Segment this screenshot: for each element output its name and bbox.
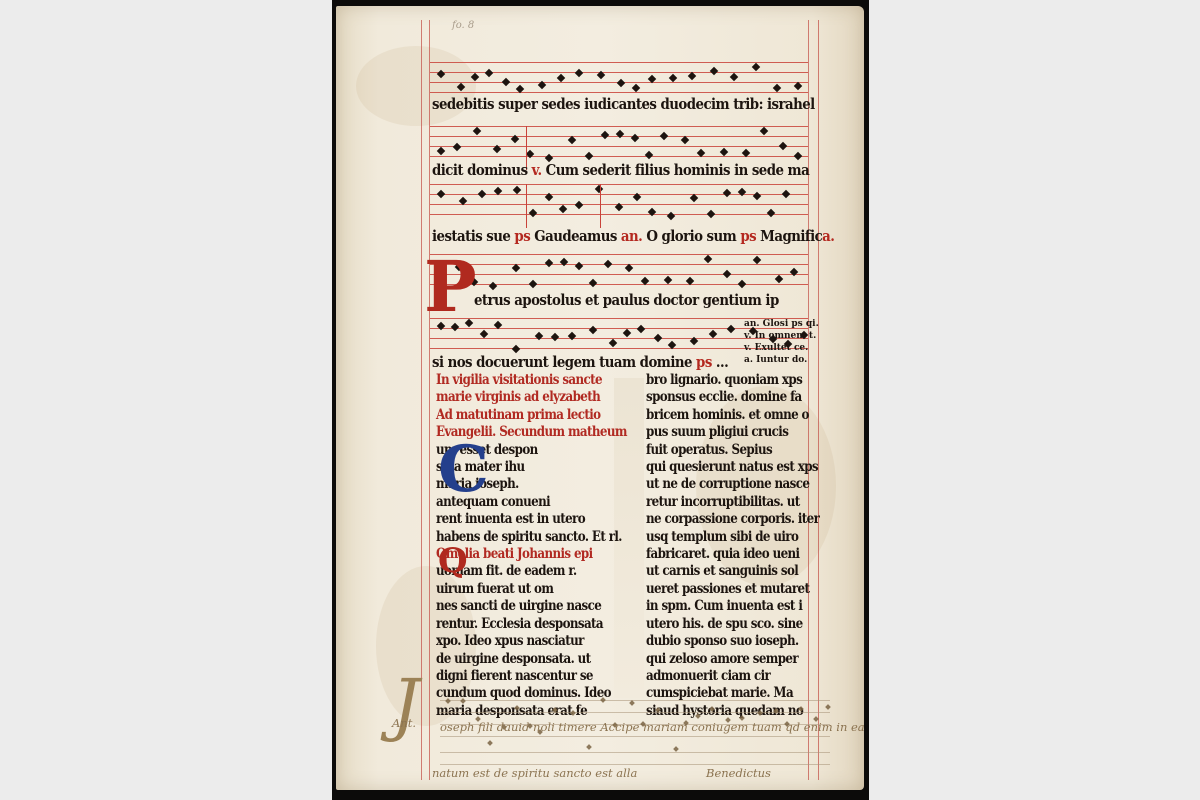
neume	[660, 132, 668, 140]
neume	[727, 325, 735, 333]
text-line: pus suum pligiui crucis	[646, 424, 797, 441]
neume	[723, 189, 731, 197]
side-rubric: an. Glosi ps qi.v. In omnem t.v. Exultet…	[744, 318, 819, 366]
text-line: rent inuenta est in utero	[436, 511, 591, 528]
neume	[575, 69, 583, 77]
neume	[478, 190, 486, 198]
text-line: bricem hominis. et omne o	[646, 407, 797, 424]
neume	[559, 205, 567, 213]
neume	[512, 345, 520, 353]
text-line: qui quesierunt natus est xps	[646, 459, 797, 476]
neume	[609, 339, 617, 347]
neume	[794, 82, 802, 90]
chant-lyric-line: sedebitis super sedes iudicantes duodeci…	[432, 96, 815, 113]
text-line: digni fierent nascentur se	[436, 668, 591, 685]
text-column-right: bro lignario. quoniam xpssponsus ecclie.…	[646, 372, 818, 720]
neume	[645, 151, 653, 159]
neume	[782, 190, 790, 198]
neume	[637, 325, 645, 333]
neume	[551, 333, 559, 341]
neume	[457, 83, 465, 91]
neume	[709, 330, 717, 338]
neume	[704, 255, 712, 263]
neume	[738, 280, 746, 288]
neume	[723, 270, 731, 278]
folio-number: fo. 8	[452, 20, 474, 31]
neume	[512, 264, 520, 272]
neume	[775, 275, 783, 283]
neume	[625, 264, 633, 272]
side-rubric-line: v. Exultet ce.	[744, 342, 819, 354]
neume	[617, 79, 625, 87]
neume	[545, 259, 553, 267]
neume	[557, 74, 565, 82]
neume	[595, 185, 603, 193]
neume	[707, 210, 715, 218]
neume	[690, 194, 698, 202]
text-line: ut ne de corruptione nasce	[646, 476, 797, 493]
neume	[710, 67, 718, 75]
text-line: xpo. Ideo xpus nasciatur	[436, 633, 591, 650]
neume	[623, 329, 631, 337]
text-line: nes sancti de uirgine nasce	[436, 598, 591, 615]
neume	[753, 256, 761, 264]
neume	[437, 147, 445, 155]
neume	[632, 84, 640, 92]
late-label: Ant.	[392, 716, 416, 730]
neume	[568, 136, 576, 144]
neume	[589, 279, 597, 287]
text-line: In vigilia visitationis sancte	[436, 372, 591, 389]
side-rubric-line: a. Iuntur do.	[744, 354, 819, 366]
neume	[664, 276, 672, 284]
ruling-left-outer	[421, 20, 422, 780]
neume	[529, 280, 537, 288]
late-lyric-line1: oseph fili dauid noli timere Accipe mari…	[440, 720, 865, 734]
text-line: ne corpassione corporis. iter	[646, 511, 797, 528]
neume	[779, 142, 787, 150]
text-line: de uirgine desponsata. ut	[436, 651, 591, 668]
text-line: fuit operatus. Sepius	[646, 442, 797, 459]
neume	[604, 260, 612, 268]
text-line: uirum fuerat ut om	[436, 581, 591, 598]
late-lyric-line2-end: Benedictus	[706, 766, 771, 780]
neume	[752, 63, 760, 71]
neume	[601, 131, 609, 139]
chant-lyric-line: iestatis sue ps Gaudeamus an. O glorio s…	[432, 228, 834, 245]
ruling-right-outer	[818, 20, 819, 780]
neume	[681, 136, 689, 144]
initial-p-red: P	[424, 252, 477, 322]
text-line: utero his. de spu sco. sine	[646, 616, 797, 633]
neume	[585, 152, 593, 160]
chant-stave	[430, 184, 808, 228]
neume	[502, 78, 510, 86]
text-line: admonuerit ciam cir	[646, 668, 797, 685]
neume	[473, 127, 481, 135]
neume	[485, 69, 493, 77]
text-line: dubio sponso suo ioseph.	[646, 633, 797, 650]
neume	[513, 186, 521, 194]
neume	[480, 330, 488, 338]
neume	[471, 73, 479, 81]
text-line: in spm. Cum inuenta est i	[646, 598, 797, 615]
text-line: Ad matutinam prima lectio	[436, 407, 591, 424]
neume	[654, 334, 662, 342]
neume	[767, 209, 775, 217]
neume	[688, 72, 696, 80]
text-line: qui zeloso amore semper	[646, 651, 797, 668]
late-lyric-line2: natum est de spiritu sancto est alla	[432, 766, 637, 780]
text-line: sponsus ecclie. domine fa	[646, 389, 797, 406]
text-line: ueret passiones et mutaret	[646, 581, 797, 598]
text-line: ut carnis et sanguinis sol	[646, 563, 797, 580]
text-line: bro lignario. quoniam xps	[646, 372, 797, 389]
neume	[669, 74, 677, 82]
chant-lyric-line: etrus apostolus et paulus doctor gentium…	[474, 292, 779, 309]
neume	[730, 73, 738, 81]
neume	[529, 209, 537, 217]
text-line: rentur. Ecclesia desponsata	[436, 616, 591, 633]
initial-q-red: Q	[438, 544, 468, 578]
side-rubric-line: an. Glosi ps qi.	[744, 318, 819, 330]
neume	[760, 127, 768, 135]
neume	[773, 84, 781, 92]
neume	[720, 148, 728, 156]
initial-c-blue: C	[438, 438, 489, 502]
side-rubric-line: v. In omnem t.	[744, 330, 819, 342]
text-line: usq templum sibi de uiro	[646, 529, 797, 546]
neume	[453, 143, 461, 151]
neume	[437, 190, 445, 198]
text-line: retur incorruptibilitas. ut	[646, 494, 797, 511]
initial-j-late: J	[392, 666, 419, 745]
neume	[794, 152, 802, 160]
chant-lyric-line: dicit dominus v. Cum sederit filius homi…	[432, 162, 809, 179]
chant-lyric-line: si nos docuerunt legem tuam domine ps ..…	[432, 354, 728, 371]
text-line: marie virginis ad elyzabeth	[436, 389, 591, 406]
neume	[575, 201, 583, 209]
text-line: fabricaret. quia ideo ueni	[646, 546, 797, 563]
